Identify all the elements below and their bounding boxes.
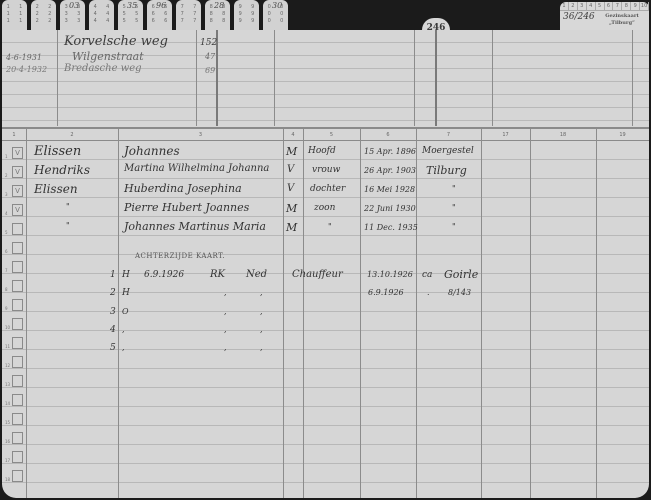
back-nationality: ,: [260, 288, 263, 297]
person-surname: Elissen: [34, 182, 78, 196]
row-checkbox[interactable]: [12, 261, 23, 273]
row-checkbox[interactable]: V: [12, 185, 23, 197]
row-checkbox[interactable]: [12, 337, 23, 349]
family-card: Korvelsche weg 152 4-6-1931 Wilgenstraat…: [2, 30, 649, 498]
address-number: 152: [200, 38, 217, 48]
back-code: H: [122, 288, 130, 298]
row-checkbox[interactable]: [12, 375, 23, 387]
label-digit-strip: 12345678910: [560, 2, 649, 11]
address-date: 20-4-1932: [6, 65, 47, 74]
index-tab-7: 777777: [176, 0, 201, 34]
index-tab-8: 28888888: [205, 0, 230, 34]
person-birth-place: Moergestel: [422, 146, 474, 156]
row-checkbox[interactable]: V: [12, 147, 23, 159]
row-checkbox[interactable]: V: [12, 166, 23, 178]
person-surname: Elissen: [34, 144, 81, 159]
back-date: 6.9.1926: [144, 270, 184, 280]
person-birth-date: 26 Apr. 1903: [364, 166, 416, 175]
row-checkbox[interactable]: [12, 356, 23, 368]
person-given-names: Martina Wilhelmina Johanna: [124, 163, 269, 174]
card-title: Gezinskaart „Tilburg”: [596, 13, 648, 27]
back-side-heading: ACHTERZIJDE KAART.: [135, 252, 225, 260]
person-sex: M: [286, 145, 297, 158]
back-date2: 6.9.1926: [368, 288, 404, 297]
address-number: 47: [205, 52, 215, 61]
address-street: Korvelsche weg: [64, 34, 168, 49]
column-header: 3: [118, 129, 283, 141]
column-header: 5: [303, 129, 360, 141]
person-birth-place: ": [452, 222, 456, 231]
address-street: Bredasche weg: [64, 63, 142, 74]
back-date2: 13.10.1926: [367, 270, 413, 279]
person-sex: V: [287, 183, 294, 194]
row-checkbox[interactable]: [12, 318, 23, 330]
person-surname: ": [66, 221, 70, 230]
person-sex: M: [286, 221, 297, 234]
row-checkbox[interactable]: V: [12, 204, 23, 216]
person-birth-date: 22 Juni 1930: [364, 204, 416, 213]
index-tab-4: 444444: [89, 0, 114, 34]
index-tab-1: 111111: [2, 0, 27, 34]
index-tab-5: 35555555: [118, 0, 143, 34]
back-occupation: Chauffeur: [292, 269, 343, 280]
index-tab-6: 96666666: [147, 0, 172, 34]
column-header: 4: [283, 129, 303, 141]
row-checkbox[interactable]: [12, 470, 23, 482]
person-birth-place: ": [452, 184, 456, 193]
person-birth-date: 11 Dec. 1935: [364, 223, 418, 232]
column-header: 17: [481, 129, 530, 141]
index-tabs: 111111 222222 03333333 444444 35555555 9…: [2, 0, 288, 34]
person-relation: zoon: [314, 203, 335, 213]
back-note: ca: [422, 270, 432, 280]
row-checkbox[interactable]: [12, 432, 23, 444]
column-header: 1: [2, 129, 26, 141]
back-religion: RK: [210, 269, 225, 280]
row-checkbox[interactable]: [12, 242, 23, 254]
person-sex: V: [287, 164, 294, 175]
person-birth-place: Tilburg: [426, 164, 467, 177]
tab-mark: 96: [156, 2, 166, 9]
person-birth-place: ": [452, 203, 456, 212]
index-tab-2: 222222: [31, 0, 56, 34]
tab-mark: 35: [127, 2, 137, 9]
row-checkbox[interactable]: [12, 223, 23, 235]
address-section: Korvelsche weg 152 4-6-1931 Wilgenstraat…: [2, 30, 649, 126]
person-given-names: Huberdina Josephina: [124, 182, 242, 195]
back-religion: ,: [224, 288, 227, 297]
person-surname: ": [66, 202, 70, 211]
column-header: 2: [26, 129, 118, 141]
person-given-names: Pierre Hubert Joannes: [124, 201, 249, 214]
ruled-rows: [2, 141, 649, 498]
back-place: Goirle: [444, 268, 478, 281]
back-place: 8/143: [448, 288, 471, 297]
back-note: .: [427, 288, 430, 297]
column-header: 7: [416, 129, 481, 141]
person-given-names: Johannes: [124, 144, 180, 158]
address-street: Wilgenstraat: [72, 50, 144, 63]
person-relation: ": [328, 222, 332, 231]
back-nationality: Ned: [246, 269, 267, 280]
index-tab-3: 03333333: [60, 0, 85, 34]
back-code: H: [122, 270, 130, 280]
person-given-names: Johannes Martinus Maria: [124, 220, 266, 233]
person-sex: M: [286, 202, 297, 215]
index-tab-0: 30000000: [263, 0, 288, 34]
index-tab-9: 999999: [234, 0, 259, 34]
person-relation: dochter: [310, 184, 345, 194]
person-relation: Hoofd: [308, 146, 336, 156]
address-number: 69: [205, 66, 215, 75]
card-code: 36/246: [563, 12, 595, 22]
row-checkbox[interactable]: [12, 451, 23, 463]
person-birth-date: 16 Mei 1928: [364, 185, 415, 194]
row-checkbox[interactable]: [12, 413, 23, 425]
row-checkbox[interactable]: [12, 394, 23, 406]
back-code: O: [122, 307, 129, 316]
address-date: 4-6-1931: [6, 53, 42, 62]
tab-mark: 03: [69, 2, 79, 9]
column-header: 18: [530, 129, 596, 141]
person-surname: Hendriks: [34, 163, 90, 177]
column-header: 19: [596, 129, 649, 141]
row-checkbox[interactable]: [12, 280, 23, 292]
tab-mark: 30: [272, 2, 282, 9]
column-header: 6: [360, 129, 416, 141]
row-checkbox[interactable]: [12, 299, 23, 311]
tab-mark: 28: [214, 2, 224, 9]
person-relation: vrouw: [312, 165, 340, 175]
persons-section: 1 2 3 4 5 6 7 17 18 19 1 2 3 4 5 6 7 8 9…: [2, 127, 649, 498]
person-birth-date: 15 Apr. 1896: [364, 147, 416, 156]
